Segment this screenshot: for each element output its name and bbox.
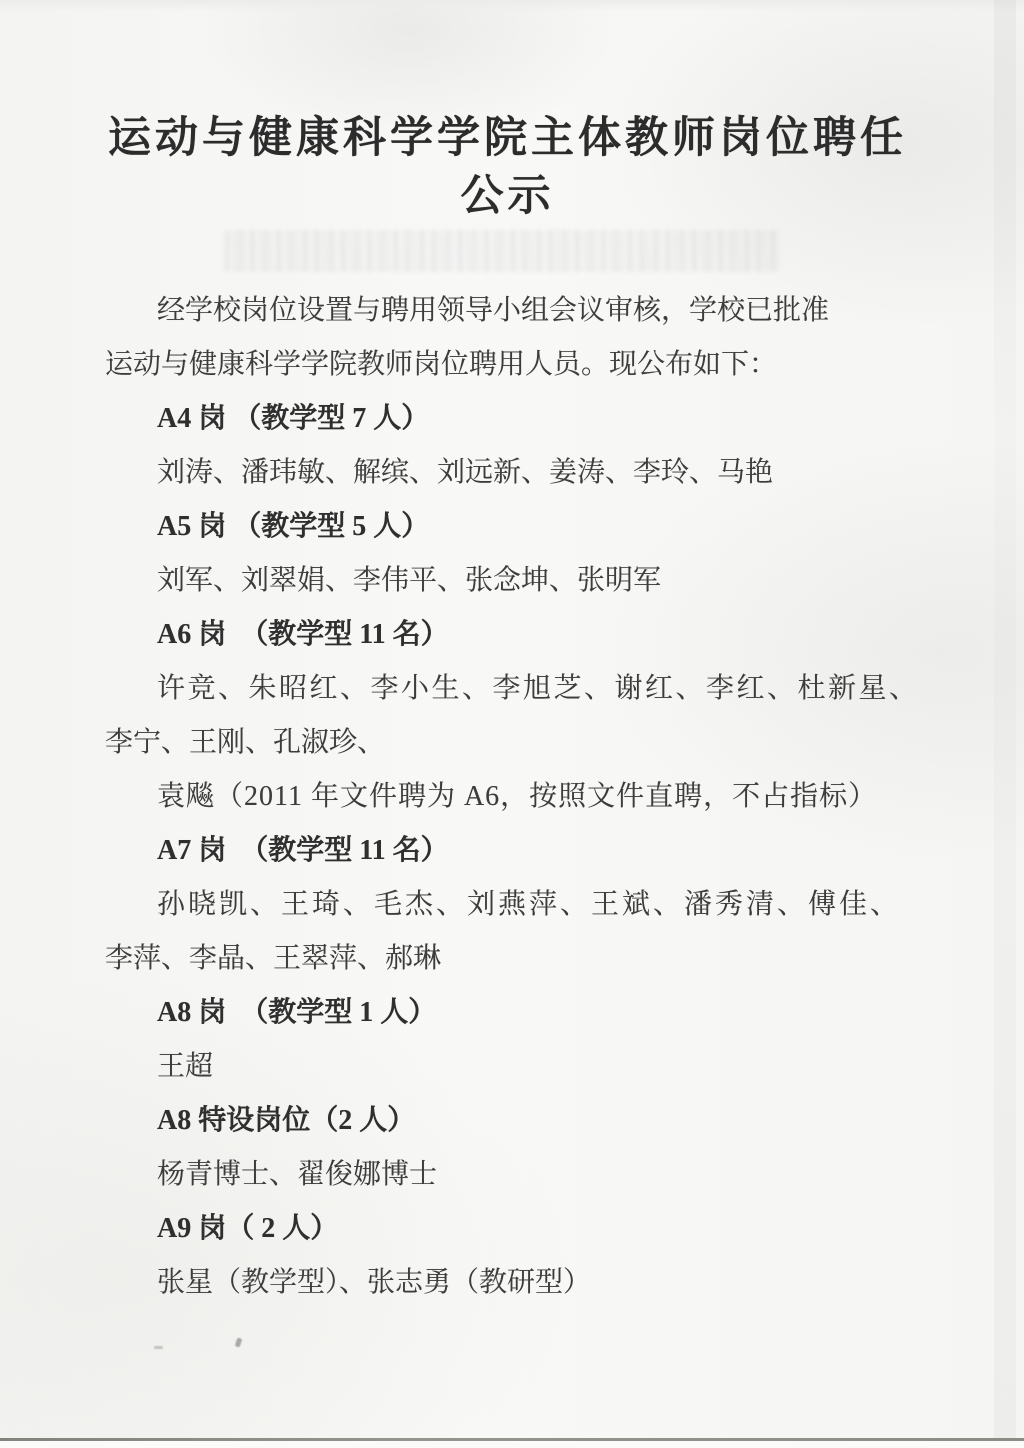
document-body: 经学校岗位设置与聘用领导小组会议审核，学校已批准 运动与健康科学学院教师岗位聘用… — [105, 284, 907, 1310]
document-title-line-2: 公示 — [100, 168, 915, 226]
section-a9-header: A9 岗（ 2 人） — [105, 1202, 907, 1256]
section-a8-names: 王超 — [105, 1040, 907, 1094]
section-a9-names: 张星（教学型）、张志勇（教研型） — [105, 1256, 907, 1310]
document-title-line-1: 运动与健康科学学院主体教师岗位聘任 — [100, 110, 915, 168]
scan-margin-bottom — [0, 1441, 1024, 1448]
scan-speck — [235, 1337, 243, 1347]
section-a8-header: A8 岗 （教学型 1 人） — [105, 986, 907, 1040]
section-a5-header: A5 岗 （教学型 5 人） — [105, 500, 907, 554]
section-a6-note: 袁飚（2011 年文件聘为 A6，按照文件直聘，不占指标） — [105, 770, 907, 824]
section-a6-names-2: 李宁、王刚、孔淑珍、 — [105, 716, 907, 770]
section-a7-names-1: 孙晓凯、王琦、毛杰、刘燕萍、王斌、潘秀清、傅佳、 — [105, 878, 907, 932]
section-a4-header: A4 岗 （教学型 7 人） — [105, 392, 907, 446]
intro-line-2: 运动与健康科学学院教师岗位聘用人员。现公布如下： — [105, 338, 907, 392]
scan-edge-top — [0, 0, 1024, 12]
scan-speck — [154, 1346, 163, 1349]
section-a6-names-1: 许竞、朱昭红、李小生、李旭芝、谢红、李红、杜新星、 — [105, 662, 907, 716]
scan-shading-right — [994, 0, 1016, 1448]
scanned-document-page: 运动与健康科学学院主体教师岗位聘任 公示 经学校岗位设置与聘用领导小组会议审核，… — [0, 0, 1024, 1448]
section-a7-names-2: 李萍、李晶、王翠萍、郝琳 — [105, 932, 907, 986]
bleedthrough-artifact — [225, 230, 780, 272]
section-a6-header: A6 岗 （教学型 11 名） — [105, 608, 907, 662]
section-a8-special-names: 杨青博士、翟俊娜博士 — [105, 1148, 907, 1202]
section-a8-special-header: A8 特设岗位（2 人） — [105, 1094, 907, 1148]
intro-line-1: 经学校岗位设置与聘用领导小组会议审核，学校已批准 — [105, 284, 907, 338]
document-title: 运动与健康科学学院主体教师岗位聘任 公示 — [100, 110, 915, 226]
section-a4-names: 刘涛、潘玮敏、解缤、刘远新、姜涛、李玲、马艳 — [105, 446, 907, 500]
section-a5-names: 刘军、刘翠娟、李伟平、张念坤、张明军 — [105, 554, 907, 608]
section-a7-header: A7 岗 （教学型 11 名） — [105, 824, 907, 878]
